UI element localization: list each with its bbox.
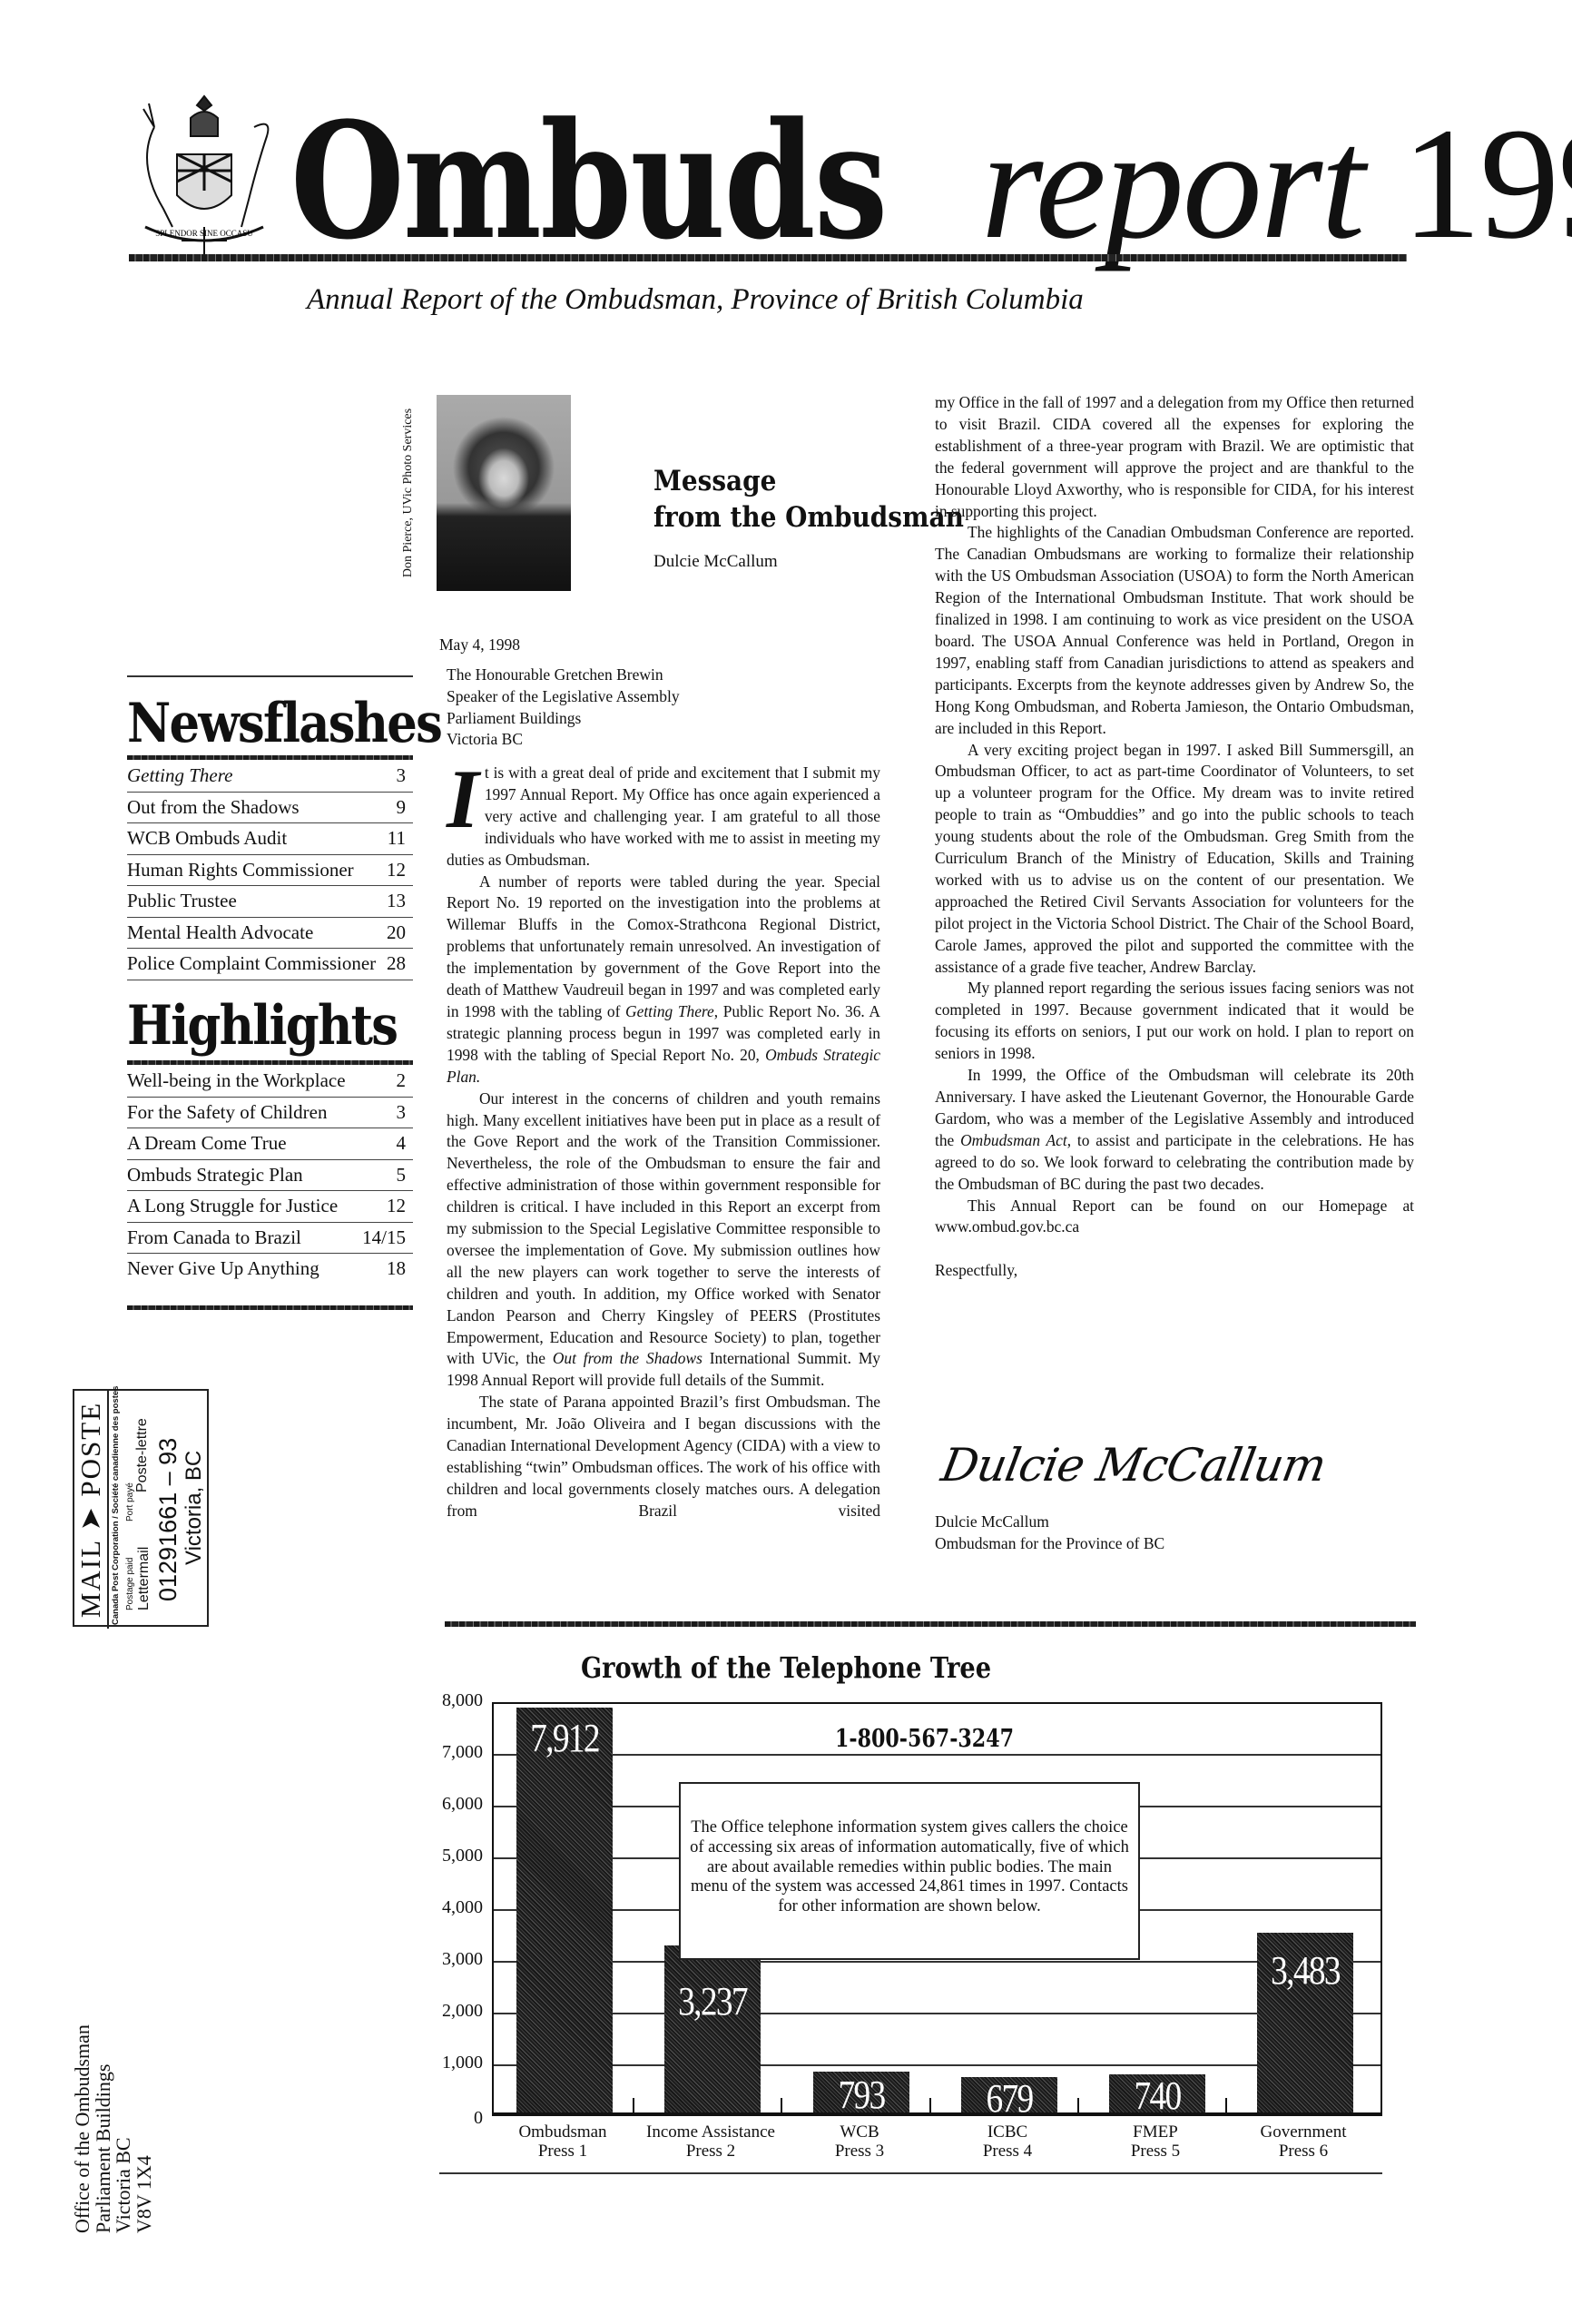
highlights-heading: Highlights	[127, 994, 397, 1058]
paragraph: The state of Parana appointed Brazil’s f…	[447, 1392, 880, 1521]
signature: Dulcie McCallum	[938, 1439, 1330, 1492]
bar-government: 3,483	[1257, 1933, 1353, 2112]
newsflash-item[interactable]: Out from the Shadows9	[127, 793, 413, 824]
message-heading: Message from the Ombudsman	[653, 463, 964, 536]
y-tick: 5,000	[427, 1846, 483, 1866]
ombudsman-portrait-photo	[437, 395, 571, 591]
mail-poste-logo: MAIL ➤ POSTE	[74, 1391, 109, 1629]
title-bold: Ombuds	[290, 100, 887, 263]
letter-recipient: The Honourable Gretchen Brewin Speaker o…	[447, 665, 680, 751]
highlight-item[interactable]: Well-being in the Workplace2	[127, 1066, 413, 1098]
drop-cap: I	[447, 766, 479, 832]
highlight-item[interactable]: A Long Struggle for Justice12	[127, 1191, 413, 1223]
x-tick	[929, 2098, 931, 2114]
newsflash-item[interactable]: Getting There3	[127, 761, 413, 793]
y-tick: 4,000	[427, 1897, 483, 1918]
letter-date: May 4, 1998	[439, 635, 520, 655]
paragraph: It is with a great deal of pride and exc…	[447, 763, 880, 871]
message-body-column-2: my Office in the fall of 1997 and a dele…	[935, 392, 1414, 1282]
highlight-item[interactable]: For the Safety of Children3	[127, 1098, 413, 1129]
newsflash-item[interactable]: Mental Health Advocate20	[127, 918, 413, 950]
gridline	[494, 2013, 1380, 2014]
highlights-rule	[127, 1060, 413, 1065]
homepage-paragraph: This Annual Report can be found on our H…	[935, 1196, 1414, 1239]
x-label: Income AssistancePress 2	[638, 2122, 783, 2161]
y-tick: 7,000	[427, 1742, 483, 1763]
newsflashes-heading: Newsflashes	[127, 692, 441, 755]
message-body-column-1: It is with a great deal of pride and exc…	[447, 763, 880, 1522]
chart-bottom-rule	[439, 2172, 1382, 2174]
return-address: Office of the Ombudsman Parliament Build…	[73, 1979, 154, 2233]
y-tick: 8,000	[427, 1690, 483, 1711]
message-author: Dulcie McCallum	[653, 552, 778, 572]
highlight-item[interactable]: A Dream Come True4	[127, 1128, 413, 1160]
highlights-list: Well-being in the Workplace2 For the Saf…	[127, 1066, 413, 1285]
bar-income-assistance: 3,237	[664, 1945, 761, 2112]
newsflash-item[interactable]: Public Trustee13	[127, 886, 413, 918]
newsflashes-rule	[127, 755, 413, 760]
newsflashes-top-rule	[127, 675, 413, 677]
y-tick: 3,000	[427, 1949, 483, 1970]
x-label: GovernmentPress 6	[1231, 2122, 1376, 2161]
highlight-item[interactable]: From Canada to Brazil14/15	[127, 1223, 413, 1255]
y-tick: 0	[427, 2108, 483, 2129]
highlights-bottom-rule	[127, 1305, 413, 1310]
newsflash-item[interactable]: WCB Ombuds Audit11	[127, 823, 413, 855]
x-label: ICBCPress 4	[935, 2122, 1080, 2161]
paragraph: In 1999, the Office of the Ombudsman wil…	[935, 1065, 1414, 1195]
bar-icbc: 679	[961, 2077, 1057, 2112]
highlight-item[interactable]: Ombuds Strategic Plan5	[127, 1160, 413, 1192]
postage-indicia: MAIL ➤ POSTE Canada Post Corporation / S…	[73, 1389, 209, 1627]
title-year: 1997	[1401, 95, 1572, 272]
masthead-subtitle: Annual Report of the Ombudsman, Province…	[307, 283, 1084, 317]
x-tick	[781, 2098, 782, 2114]
x-label: WCBPress 3	[787, 2122, 932, 2161]
paragraph: A number of reports were tabled during t…	[447, 871, 880, 1088]
y-tick: 2,000	[427, 2001, 483, 2022]
section-divider	[445, 1621, 1416, 1627]
gridline	[494, 2064, 1380, 2066]
gridline	[494, 1961, 1380, 1963]
signatory: Dulcie McCallum Ombudsman for the Provin…	[935, 1512, 1164, 1555]
x-label: FMEPPress 5	[1083, 2122, 1228, 2161]
closing: Respectfully,	[935, 1260, 1414, 1282]
bar-ombudsman: 7,912	[516, 1708, 613, 2112]
newsflash-item[interactable]: Police Complaint Commissioner28	[127, 949, 413, 980]
hotline-number: 1-800-567-3247	[835, 1725, 1014, 1753]
bar-fmep: 740	[1109, 2074, 1205, 2112]
paragraph: My planned report regarding the serious …	[935, 978, 1414, 1065]
masthead-title: Ombudsreport 1997	[290, 100, 1572, 263]
masthead-rule	[129, 254, 1407, 261]
paragraph: Our interest in the concerns of children…	[447, 1088, 880, 1393]
paragraph: The highlights of the Canadian Ombudsman…	[935, 522, 1414, 739]
chart-annotation-box: The Office telephone information system …	[679, 1782, 1140, 1960]
photo-credit: Don Pierce, UVic Photo Services	[401, 395, 423, 591]
newsflash-item[interactable]: Human Rights Commissioner12	[127, 855, 413, 887]
y-tick: 6,000	[427, 1794, 483, 1815]
highlight-item[interactable]: Never Give Up Anything18	[127, 1254, 413, 1285]
paragraph: A very exciting project began in 1997. I…	[935, 740, 1414, 979]
x-label: OmbudsmanPress 1	[490, 2122, 635, 2161]
newsflashes-list: Getting There3 Out from the Shadows9 WCB…	[127, 761, 413, 980]
title-italic: report	[981, 95, 1363, 272]
x-tick	[633, 2098, 634, 2114]
gridline	[494, 1754, 1380, 1756]
bar-wcb: 793	[813, 2072, 909, 2112]
paragraph: my Office in the fall of 1997 and a dele…	[935, 392, 1414, 522]
x-tick	[1225, 2098, 1227, 2114]
bc-coat-of-arms-icon: SPLENDOR SINE OCCASU	[127, 91, 281, 263]
svg-text:SPLENDOR SINE OCCASU: SPLENDOR SINE OCCASU	[155, 229, 253, 238]
y-tick: 1,000	[427, 2053, 483, 2073]
permit-number: 01291661 – 93	[154, 1438, 182, 1601]
x-tick	[1077, 2098, 1079, 2114]
chart-title: Growth of the Telephone Tree	[118, 1650, 1454, 1685]
